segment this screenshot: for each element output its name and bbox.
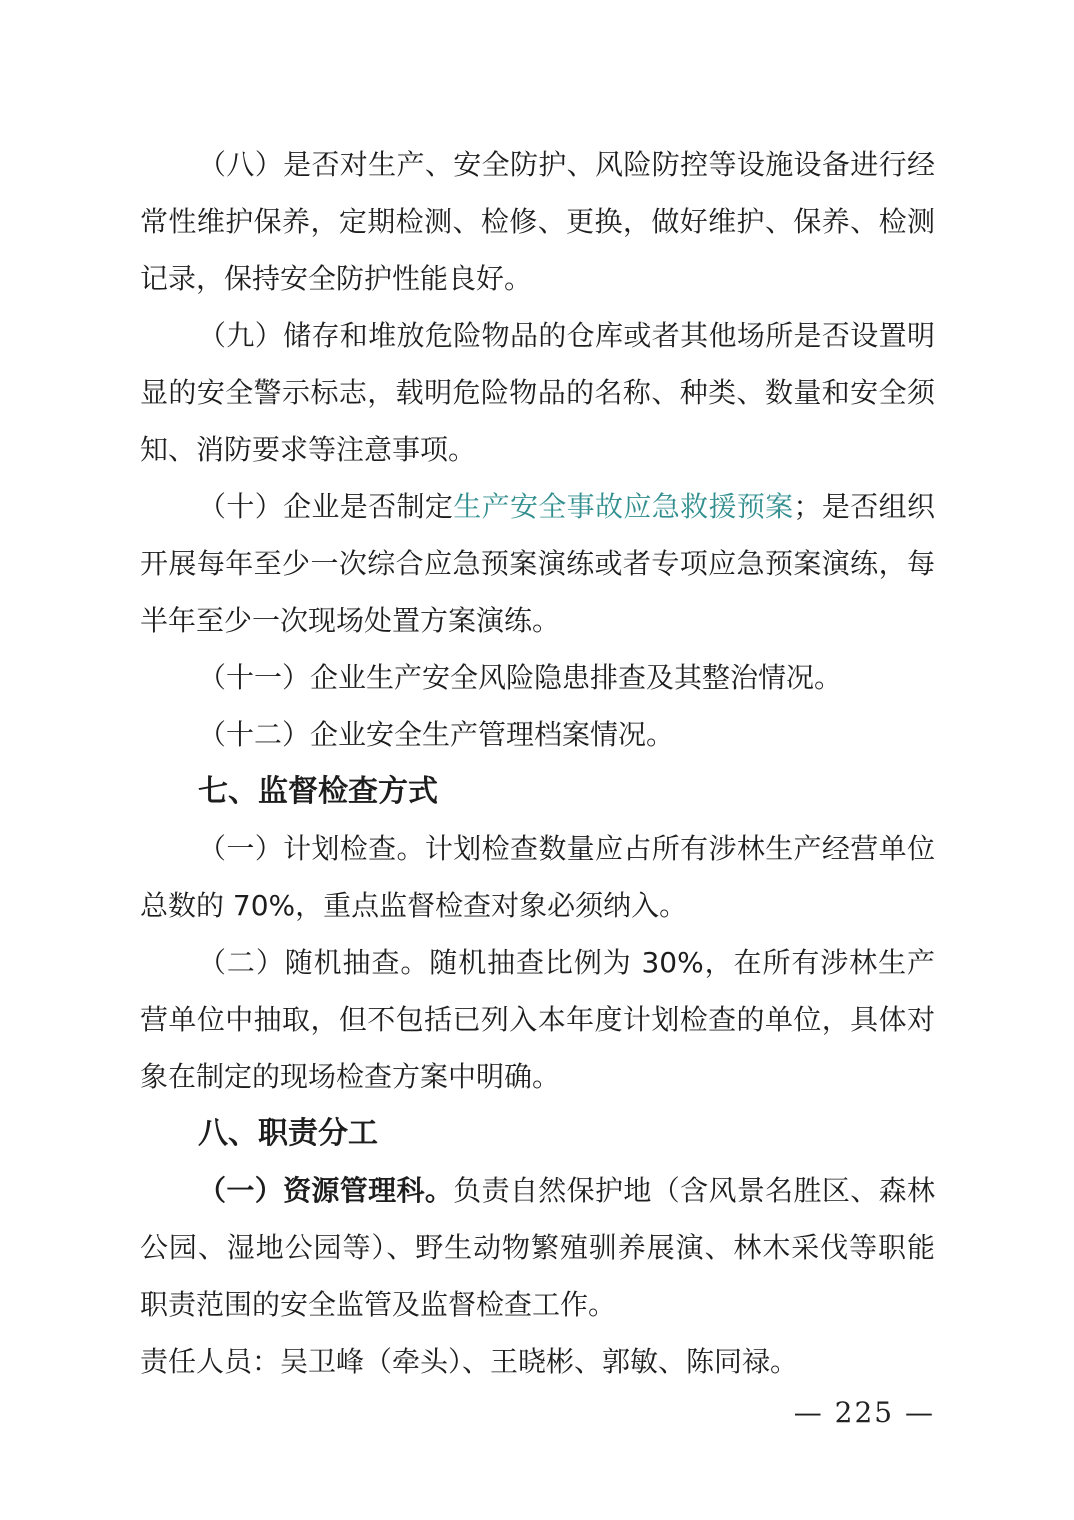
paragraph-item-8-1: （一）资源管理科。负责自然保护地（含风景名胜区、森林公园、湿地公园等）、野生动物… <box>140 1162 935 1333</box>
text-line: （一）计划检查。计划检查数量应占所有涉林生产经营单位 <box>140 820 935 877</box>
text-line: 开展每年至少一次综合应急预案演练或者专项应急预案演练，每 <box>140 535 935 592</box>
text-line: 职责范围的安全监管及监督检查工作。 <box>140 1276 935 1333</box>
highlighted-text: 生产安全事故应急救援预案 <box>453 490 793 523</box>
text-segment: （十二）企业安全生产管理档案情况。 <box>198 718 674 751</box>
text-line: 知、消防要求等注意事项。 <box>140 421 935 478</box>
text-segment: 责任人员：吴卫峰（牵头）、王晓彬、郭敏、陈同禄。 <box>140 1345 798 1378</box>
paragraph-item-10: （十）企业是否制定生产安全事故应急救援预案；是否组织开展每年至少一次综合应急预案… <box>140 478 935 649</box>
paragraph-item-11: （十一）企业生产安全风险隐患排查及其整治情况。 <box>140 649 935 706</box>
text-segment: 象在制定的现场检查方案中明确。 <box>140 1060 560 1093</box>
text-line: 公园、湿地公园等）、野生动物繁殖驯养展演、林木采伐等职能 <box>140 1219 935 1276</box>
text-segment: ；是否组织 <box>794 490 935 523</box>
paragraph-responsible-staff: 责任人员：吴卫峰（牵头）、王晓彬、郭敏、陈同禄。 <box>140 1333 935 1390</box>
text-line: 营单位中抽取，但不包括已列入本年度计划检查的单位，具体对 <box>140 991 935 1048</box>
text-line: （十）企业是否制定生产安全事故应急救援预案；是否组织 <box>140 478 935 535</box>
text-segment: 七、监督检查方式 <box>198 774 438 809</box>
text-line: 常性维护保养，定期检测、检修、更换，做好维护、保养、检测 <box>140 193 935 250</box>
text-line: 显的安全警示标志，载明危险物品的名称、种类、数量和安全须 <box>140 364 935 421</box>
text-segment: 半年至少一次现场处置方案演练。 <box>140 604 560 637</box>
text-segment: （一）资源管理科。 <box>198 1174 453 1207</box>
text-segment: 知、消防要求等注意事项。 <box>140 433 476 466</box>
paragraph-item-12: （十二）企业安全生产管理档案情况。 <box>140 706 935 763</box>
paragraph-item-8: （八）是否对生产、安全防护、风险防控等设施设备进行经常性维护保养，定期检测、检修… <box>140 136 935 307</box>
document-page: （八）是否对生产、安全防护、风险防控等设施设备进行经常性维护保养，定期检测、检修… <box>0 0 1074 1520</box>
text-line: （十二）企业安全生产管理档案情况。 <box>140 706 935 763</box>
text-segment: （二）随机抽查。随机抽查比例为 30%，在所有涉林生产经 <box>140 946 935 991</box>
text-line: 象在制定的现场检查方案中明确。 <box>140 1048 935 1105</box>
page-number: — 225 — <box>794 1396 935 1429</box>
paragraph-item-9: （九）储存和堆放危险物品的仓库或者其他场所是否设置明显的安全警示标志，载明危险物… <box>140 307 935 478</box>
text-line: 总数的 70%，重点监督检查对象必须纳入。 <box>140 877 935 934</box>
paragraph-item-7-1: （一）计划检查。计划检查数量应占所有涉林生产经营单位总数的 70%，重点监督检查… <box>140 820 935 934</box>
text-segment: 总数的 70%，重点监督检查对象必须纳入。 <box>140 889 687 922</box>
paragraph-heading-7: 七、监督检查方式 <box>140 763 935 820</box>
text-line: 半年至少一次现场处置方案演练。 <box>140 592 935 649</box>
text-line: （九）储存和堆放危险物品的仓库或者其他场所是否设置明 <box>140 307 935 364</box>
text-segment: 记录，保持安全防护性能良好。 <box>140 262 532 295</box>
document-body: （八）是否对生产、安全防护、风险防控等设施设备进行经常性维护保养，定期检测、检修… <box>140 136 935 1390</box>
text-segment: （十一）企业生产安全风险隐患排查及其整治情况。 <box>198 661 842 694</box>
text-segment: 显的安全警示标志，载明危险物品的名称、种类、数量和安全须 <box>140 376 935 409</box>
text-segment: 常性维护保养，定期检测、检修、更换，做好维护、保养、检测 <box>140 205 935 238</box>
text-line: （八）是否对生产、安全防护、风险防控等设施设备进行经 <box>140 136 935 193</box>
text-line: （二）随机抽查。随机抽查比例为 30%，在所有涉林生产经 <box>140 934 935 991</box>
text-segment: 营单位中抽取，但不包括已列入本年度计划检查的单位，具体对 <box>140 1003 935 1036</box>
text-line: 记录，保持安全防护性能良好。 <box>140 250 935 307</box>
paragraph-item-7-2: （二）随机抽查。随机抽查比例为 30%，在所有涉林生产经营单位中抽取，但不包括已… <box>140 934 935 1105</box>
text-segment: 职责范围的安全监管及监督检查工作。 <box>140 1288 616 1321</box>
text-segment: （八）是否对生产、安全防护、风险防控等设施设备进行经 <box>198 148 935 181</box>
text-segment: （十）企业是否制定 <box>198 490 453 523</box>
paragraph-heading-8: 八、职责分工 <box>140 1105 935 1162</box>
text-segment: 公园、湿地公园等）、野生动物繁殖驯养展演、林木采伐等职能 <box>140 1231 935 1264</box>
text-line: （十一）企业生产安全风险隐患排查及其整治情况。 <box>140 649 935 706</box>
text-line: 八、职责分工 <box>140 1105 935 1162</box>
text-line: 七、监督检查方式 <box>140 763 935 820</box>
text-line: （一）资源管理科。负责自然保护地（含风景名胜区、森林 <box>140 1162 935 1219</box>
text-segment: 八、职责分工 <box>198 1116 378 1151</box>
text-segment: （九）储存和堆放危险物品的仓库或者其他场所是否设置明 <box>198 319 935 352</box>
text-line: 责任人员：吴卫峰（牵头）、王晓彬、郭敏、陈同禄。 <box>140 1333 935 1390</box>
text-segment: （一）计划检查。计划检查数量应占所有涉林生产经营单位 <box>198 832 935 865</box>
text-segment: 负责自然保护地（含风景名胜区、森林 <box>453 1174 935 1207</box>
text-segment: 开展每年至少一次综合应急预案演练或者专项应急预案演练，每 <box>140 547 935 580</box>
